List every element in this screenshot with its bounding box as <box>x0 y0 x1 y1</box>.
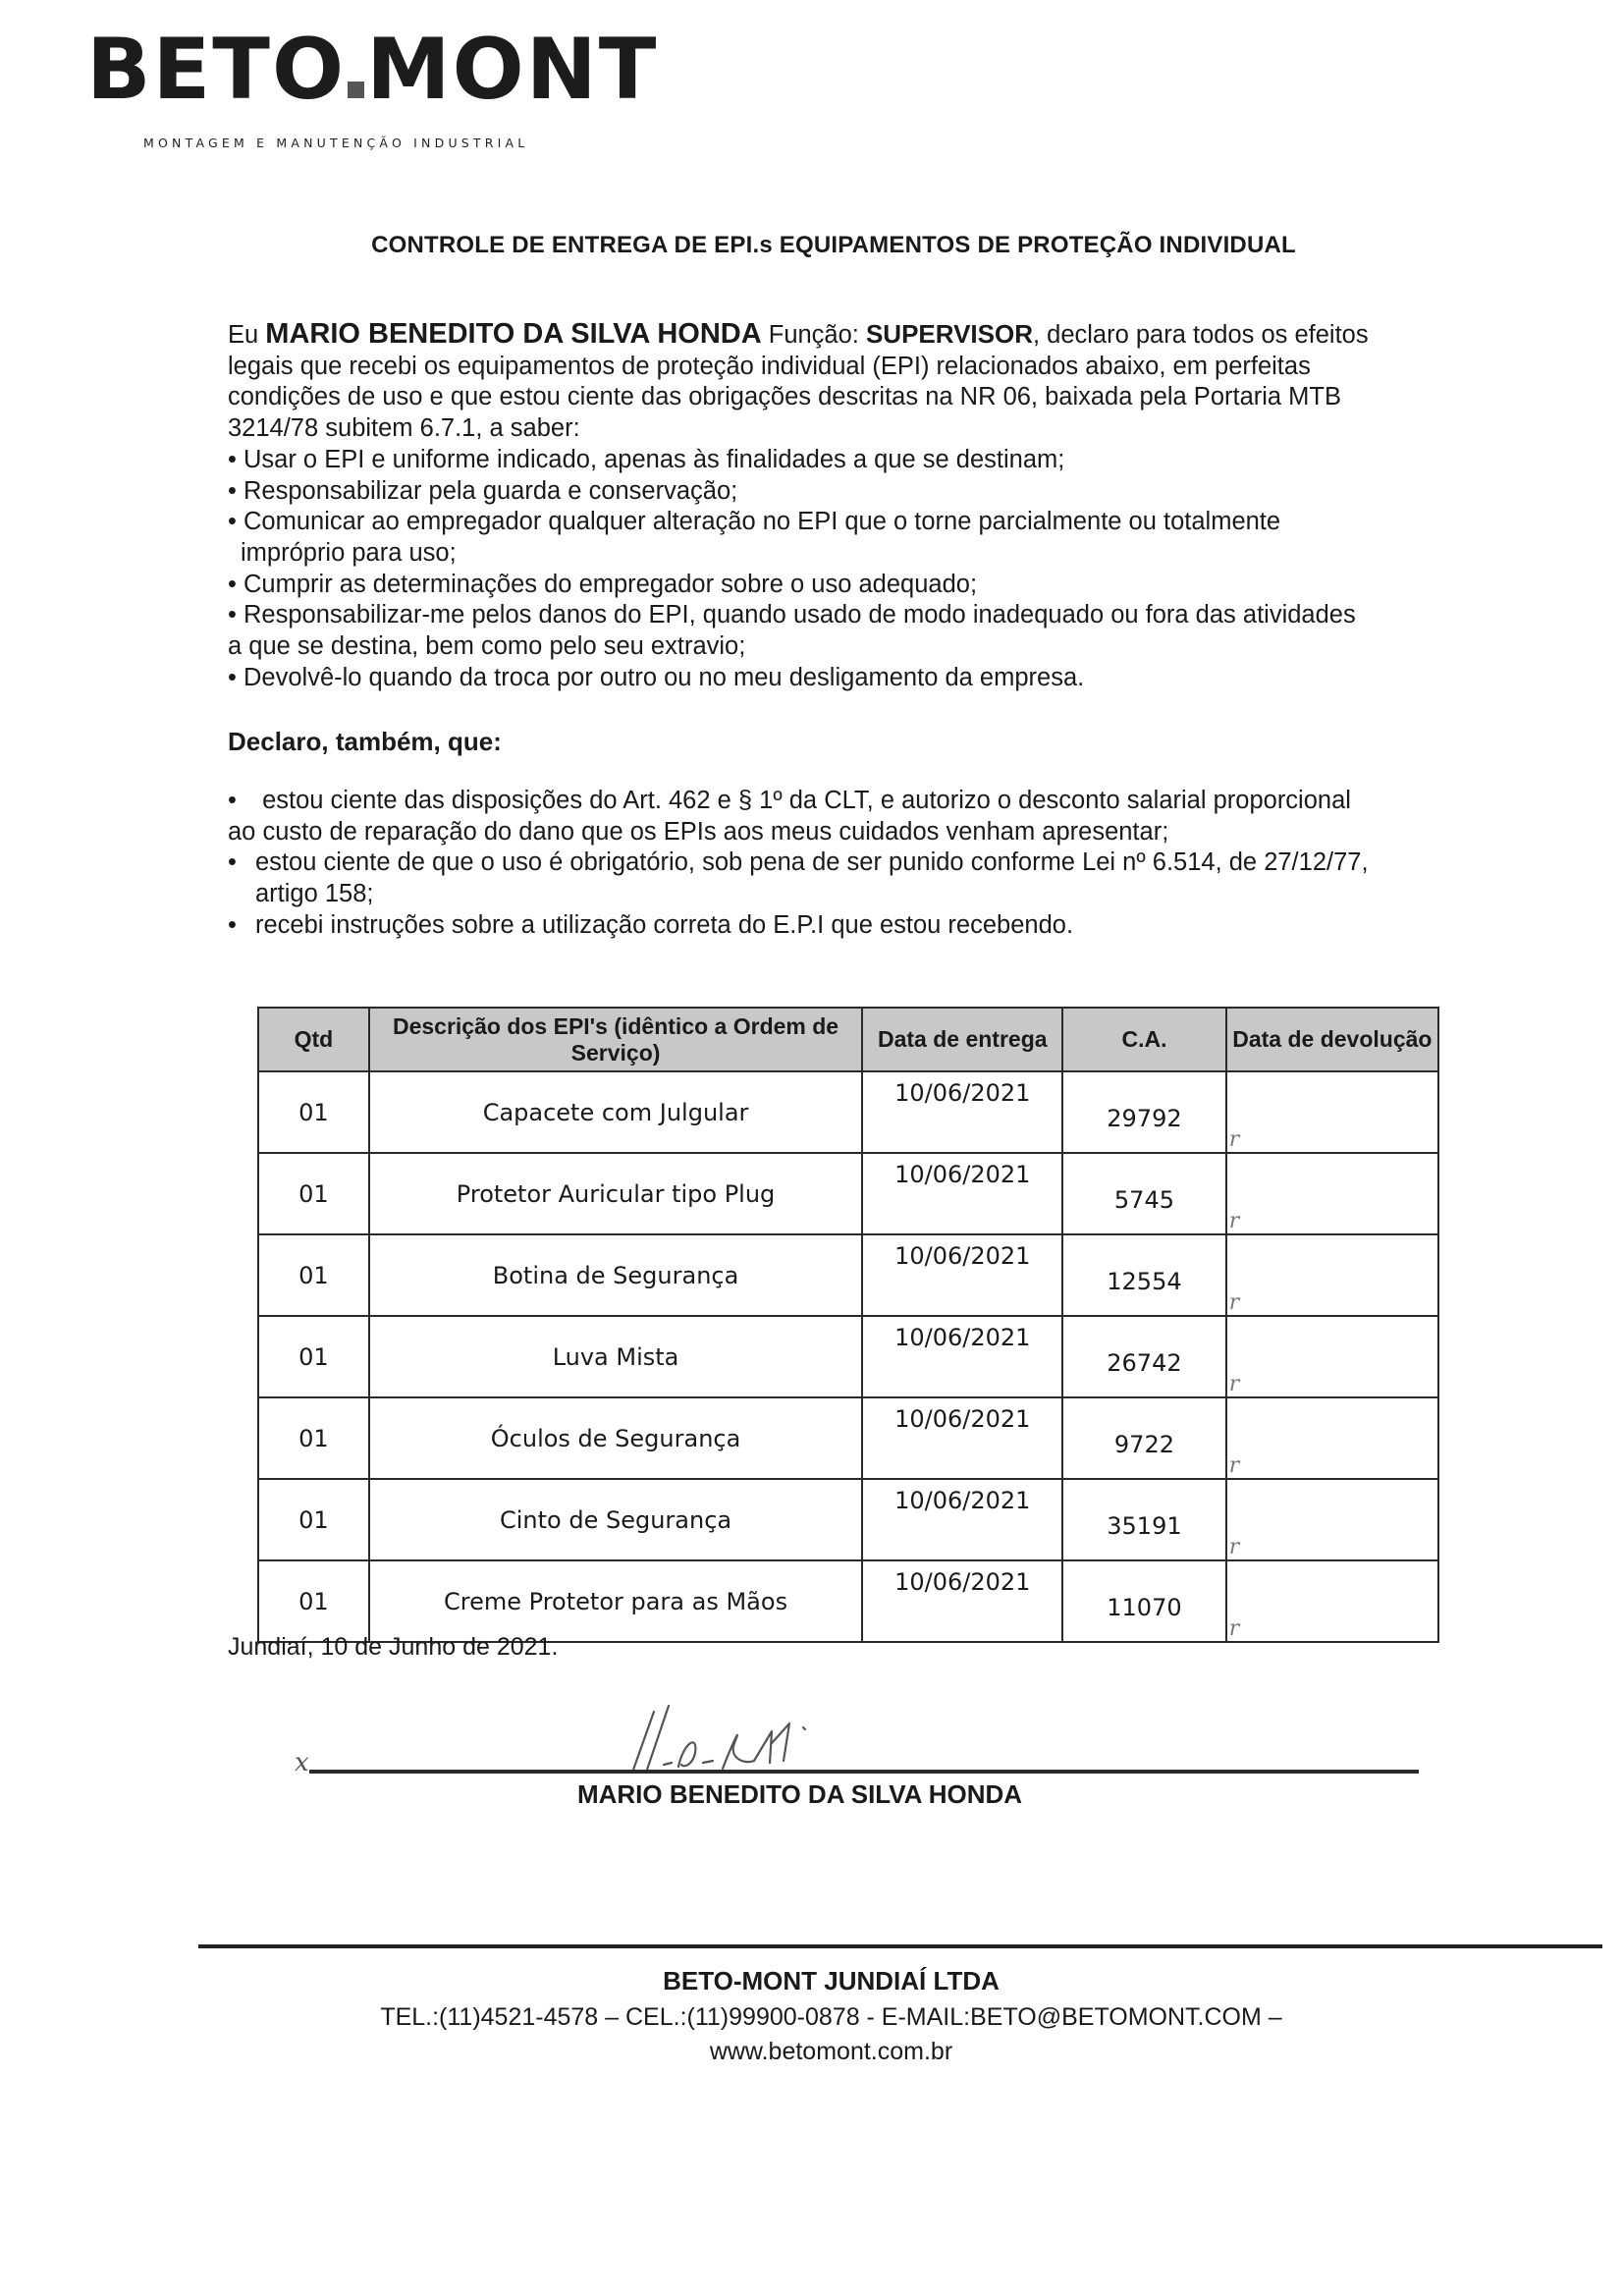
cell-description: Protetor Auricular tipo Plug <box>369 1153 863 1234</box>
footer-divider <box>198 1944 1602 1948</box>
function-label: Função: <box>762 321 866 349</box>
obligations-list: • Usar o EPI e uniforme indicado, apenas… <box>228 445 1485 694</box>
cell-qtd: 01 <box>258 1234 369 1316</box>
obligation-item: • Usar o EPI e uniforme indicado, apenas… <box>228 445 1485 476</box>
cell-description: Capacete com Julgular <box>369 1071 863 1153</box>
handwritten-initial-mark: r <box>1229 1372 1240 1396</box>
cell-ca: 12554 <box>1062 1234 1225 1316</box>
table-row: 01Capacete com Julgular10/06/202129792r <box>258 1071 1438 1153</box>
company-logo: BETOMONT <box>86 27 658 112</box>
obligation-item: • Cumprir as determinações do empregador… <box>228 570 1485 601</box>
header-delivery-date: Data de entrega <box>862 1008 1062 1071</box>
handwritten-initial-mark: r <box>1229 1290 1240 1315</box>
bullet-icon: • <box>228 910 255 942</box>
declaration-prefix: Eu <box>228 321 265 349</box>
cell-description: Botina de Segurança <box>369 1234 863 1316</box>
handwritten-initial-mark: r <box>1229 1209 1240 1233</box>
cell-ca: 35191 <box>1062 1479 1225 1560</box>
cell-delivery-date: 10/06/2021 <box>862 1397 1062 1479</box>
also-declare-heading: Declaro, também, que: <box>228 727 502 757</box>
table-row: 01Botina de Segurança10/06/202112554r <box>258 1234 1438 1316</box>
declaration-line-2: legais que recebi os equipamentos de pro… <box>228 352 1485 383</box>
footer-website[interactable]: www.betomont.com.br <box>0 2038 1623 2066</box>
table-header-row: Qtd Descrição dos EPI's (idêntico a Orde… <box>258 1008 1438 1071</box>
cell-ca: 9722 <box>1062 1397 1225 1479</box>
cell-return-date: r <box>1226 1397 1438 1479</box>
cell-ca: 11070 <box>1062 1560 1225 1642</box>
signatory-name: MARIO BENEDITO DA SILVA HONDA <box>0 1779 1623 1810</box>
cell-delivery-date: 10/06/2021 <box>862 1071 1062 1153</box>
cell-qtd: 01 <box>258 1397 369 1479</box>
handwritten-initial-mark: r <box>1229 1616 1240 1641</box>
also-declare-list: • estou ciente das disposições do Art. 4… <box>228 786 1485 942</box>
cell-return-date: r <box>1226 1479 1438 1560</box>
logo-text-left: BETO <box>86 21 346 119</box>
cell-qtd: 01 <box>258 1316 369 1397</box>
cell-return-date: r <box>1226 1560 1438 1642</box>
also-declare-text: estou ciente das disposições do Art. 462… <box>255 787 1351 814</box>
obligation-item: a que se destina, bem como pelo seu extr… <box>228 631 1485 663</box>
table-row: 01Creme Protetor para as Mãos10/06/20211… <box>258 1560 1438 1642</box>
handwritten-initial-mark: r <box>1229 1127 1240 1152</box>
declaration-paragraph: Eu MARIO BENEDITO DA SILVA HONDA Função:… <box>228 319 1485 693</box>
declaration-line-4: 3214/78 subitem 6.7.1, a saber: <box>228 413 1485 445</box>
cell-delivery-date: 10/06/2021 <box>862 1560 1062 1642</box>
also-declare-item: •estou ciente de que o uso é obrigatório… <box>228 847 1485 879</box>
also-declare-continuation: ao custo de reparação do dano que os EPI… <box>228 817 1485 848</box>
cell-qtd: 01 <box>258 1153 369 1234</box>
handwritten-signature <box>624 1704 919 1777</box>
header-qtd: Qtd <box>258 1008 369 1071</box>
obligation-item: • Responsabilizar-me pelos danos do EPI,… <box>228 600 1485 631</box>
bullet-icon: • <box>228 786 255 817</box>
declaration-line-1: Eu MARIO BENEDITO DA SILVA HONDA Função:… <box>228 319 1485 352</box>
cell-return-date: r <box>1226 1316 1438 1397</box>
footer-contact: TEL.:(11)4521-4578 – CEL.:(11)99900-0878… <box>0 2003 1623 2032</box>
document-title: CONTROLE DE ENTREGA DE EPI.s EQUIPAMENTO… <box>0 232 1623 259</box>
cell-ca: 26742 <box>1062 1316 1225 1397</box>
header-return-date: Data de devolução <box>1226 1008 1438 1071</box>
also-declare-item: •recebi instruções sobre a utilização co… <box>228 910 1485 942</box>
table-body: 01Capacete com Julgular10/06/202129792r0… <box>258 1071 1438 1642</box>
header-description: Descrição dos EPI's (idêntico a Ordem de… <box>369 1008 863 1071</box>
cell-ca: 29792 <box>1062 1071 1225 1153</box>
cell-qtd: 01 <box>258 1560 369 1642</box>
cell-delivery-date: 10/06/2021 <box>862 1479 1062 1560</box>
cell-qtd: 01 <box>258 1071 369 1153</box>
cell-description: Óculos de Segurança <box>369 1397 863 1479</box>
bullet-icon: • <box>228 847 255 879</box>
handwritten-initial-mark: r <box>1229 1453 1240 1478</box>
table-row: 01Óculos de Segurança10/06/20219722r <box>258 1397 1438 1479</box>
logo-square-icon <box>348 82 364 98</box>
declaration-line-1-rest: , declaro para todos os efeitos <box>1033 321 1369 349</box>
cell-description: Luva Mista <box>369 1316 863 1397</box>
company-tagline: MONTAGEM E MANUTENÇÃO INDUSTRIAL <box>143 136 528 150</box>
obligation-item: impróprio para uso; <box>228 538 1485 570</box>
cell-delivery-date: 10/06/2021 <box>862 1316 1062 1397</box>
function-value: SUPERVISOR <box>866 319 1033 349</box>
cell-delivery-date: 10/06/2021 <box>862 1234 1062 1316</box>
epi-table: Qtd Descrição dos EPI's (idêntico a Orde… <box>257 1007 1439 1643</box>
employee-name: MARIO BENEDITO DA SILVA HONDA <box>265 318 761 350</box>
also-declare-item: • estou ciente das disposições do Art. 4… <box>228 786 1485 817</box>
also-declare-continuation: artigo 158; <box>228 879 1485 910</box>
footer-company: BETO-MONT JUNDIAÍ LTDA <box>0 1966 1623 1996</box>
place-date: Jundiaí, 10 de Junho de 2021. <box>228 1633 558 1662</box>
obligation-item: • Comunicar ao empregador qualquer alter… <box>228 507 1485 538</box>
table-row: 01Protetor Auricular tipo Plug10/06/2021… <box>258 1153 1438 1234</box>
cell-delivery-date: 10/06/2021 <box>862 1153 1062 1234</box>
cell-return-date: r <box>1226 1234 1438 1316</box>
also-declare-text: estou ciente de que o uso é obrigatório,… <box>255 848 1369 876</box>
obligation-item: • Responsabilizar pela guarda e conserva… <box>228 476 1485 508</box>
table-row: 01Cinto de Segurança10/06/202135191r <box>258 1479 1438 1560</box>
logo-text-right: MONT <box>366 21 658 119</box>
cell-description: Cinto de Segurança <box>369 1479 863 1560</box>
signature-line <box>309 1770 1419 1774</box>
handwritten-initial-mark: r <box>1229 1535 1240 1559</box>
cell-return-date: r <box>1226 1071 1438 1153</box>
also-declare-text: recebi instruções sobre a utilização cor… <box>255 911 1073 939</box>
declaration-line-3: condições de uso e que estou ciente das … <box>228 382 1485 413</box>
cell-ca: 5745 <box>1062 1153 1225 1234</box>
cell-return-date: r <box>1226 1153 1438 1234</box>
cell-qtd: 01 <box>258 1479 369 1560</box>
obligation-item: • Devolvê-lo quando da troca por outro o… <box>228 663 1485 694</box>
table-row: 01Luva Mista10/06/202126742r <box>258 1316 1438 1397</box>
signature-mark: x <box>295 1748 309 1777</box>
cell-description: Creme Protetor para as Mãos <box>369 1560 863 1642</box>
header-ca: C.A. <box>1062 1008 1225 1071</box>
